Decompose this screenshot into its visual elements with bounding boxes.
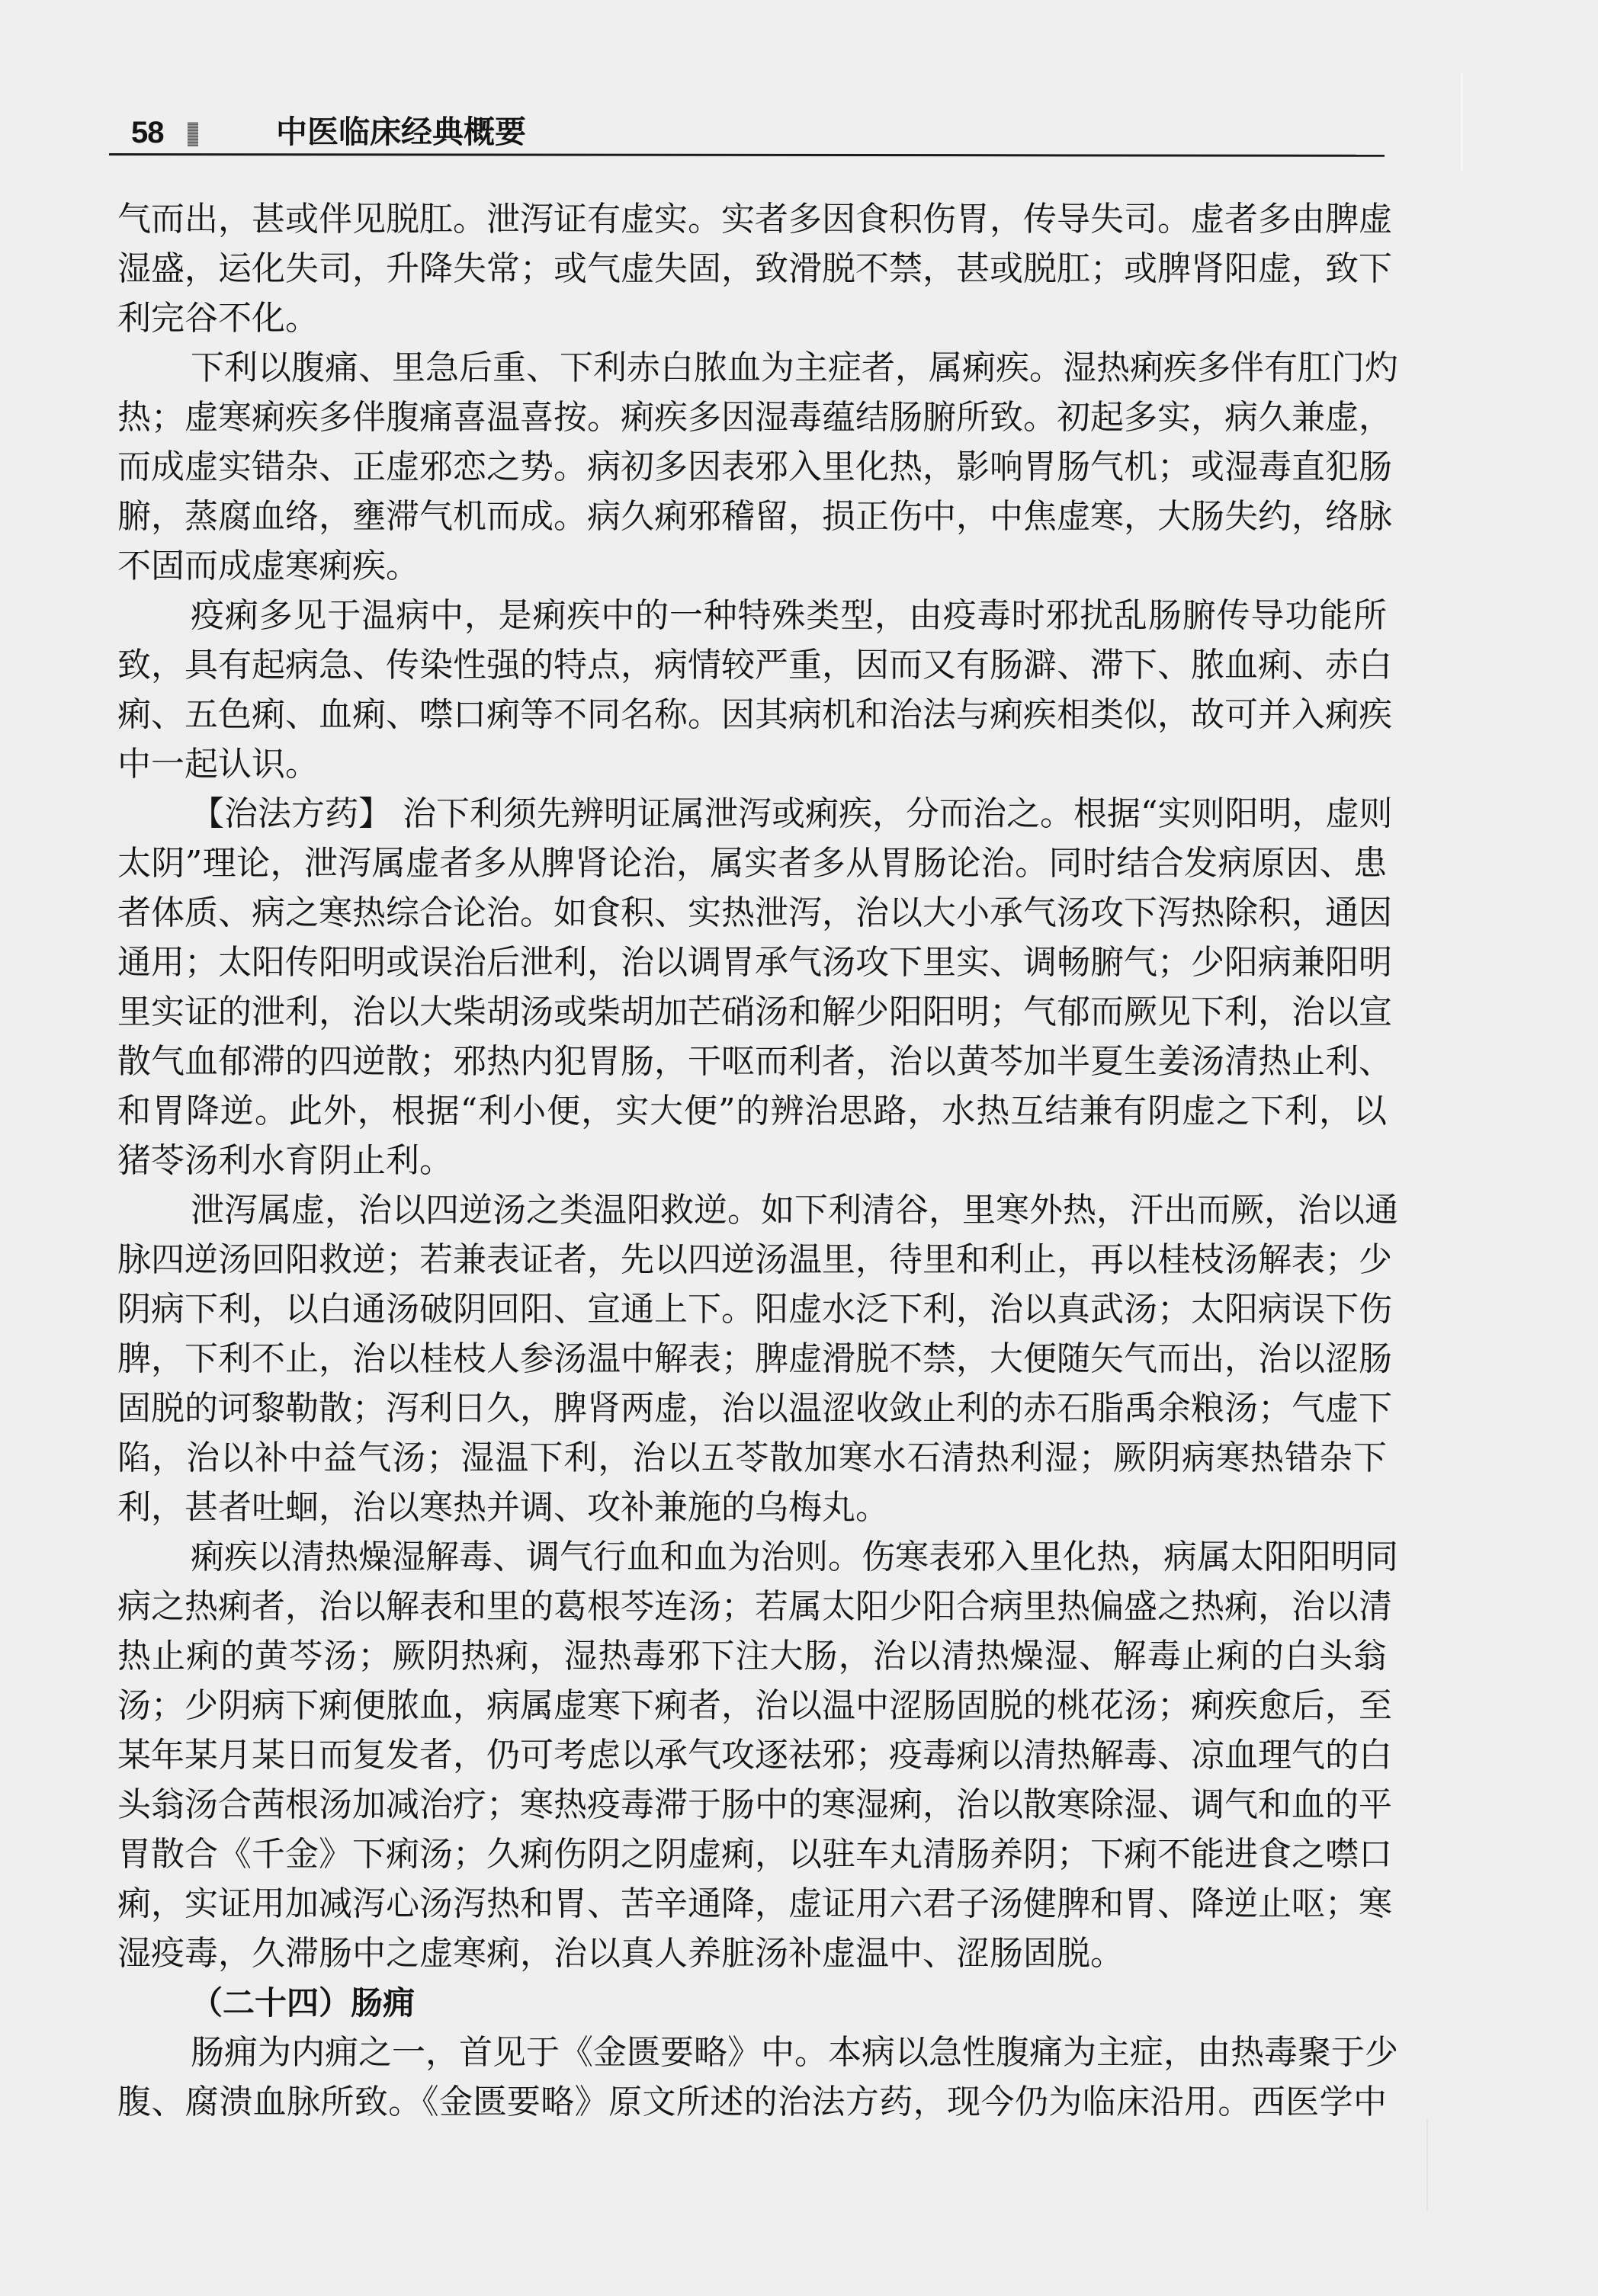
text-line: 利，甚者吐蛔，治以寒热并调、攻补兼施的乌梅丸。 [117, 1483, 1387, 1532]
text-line: 和胃降逆。此外，根据“利小便，实大便”的辨治思路，水热互结兼有阴虚之下利，以 [117, 1086, 1387, 1136]
text-line: 胃散合《千金》下痢汤；久痢伤阴之阴虚痢，以驻车丸清肠养阴；下痢不能进食之噤口 [117, 1829, 1387, 1879]
paragraph: 下利以腹痛、里急后重、下利赤白脓血为主症者，属痢疾。湿热痢疾多伴有肛门灼 热；虚… [117, 343, 1387, 591]
text-line: 【治法方药】 治下利须先辨明证属泄泻或痢疾，分而治之。根据“实则阳明，虚则 [117, 789, 1387, 839]
text-line: 致，具有起病急、传染性强的特点，病情较严重，因而又有肠澼、滞下、脓血痢、赤白 [117, 640, 1387, 690]
text-line: 者体质、病之寒热综合论治。如食积、实热泄泻，治以大小承气汤攻下泻热除积，通因 [117, 888, 1387, 938]
paragraph: 痢疾以清热燥湿解毒、调气行血和血为治则。伤寒表邪入里化热，病属太阳阳明同 病之热… [117, 1532, 1387, 1978]
text-line: 猪苓汤利水育阴止利。 [117, 1136, 1387, 1185]
text-line: 湿盛，运化失司，升降失常；或气虚失固，致滑脱不禁，甚或脱肛；或脾肾阳虚，致下 [117, 244, 1387, 293]
text-line: 痢疾以清热燥湿解毒、调气行血和血为治则。伤寒表邪入里化热，病属太阳阳明同 [117, 1532, 1387, 1582]
text-line: 疫痢多见于温病中，是痢疾中的一种特殊类型，由疫毒时邪扰乱肠腑传导功能所 [117, 591, 1387, 640]
text-line: 气而出，甚或伴见脱肛。泄泻证有虚实。实者多因食积伤胃，传导失司。虚者多由脾虚 [117, 194, 1387, 244]
text-line: 利完谷不化。 [117, 293, 1387, 343]
text-line: 太阴”理论，泄泻属虚者多从脾肾论治，属实者多从胃肠论治。同时结合发病原因、患 [117, 839, 1387, 888]
scan-edge-mark [1461, 73, 1463, 171]
text-line: 中一起认识。 [117, 739, 1387, 789]
text-line: 病之热痢者，治以解表和里的葛根芩连汤；若属太阳少阳合病里热偏盛之热痢，治以清 [117, 1582, 1387, 1631]
header-rule [109, 153, 1385, 157]
text-line: 而成虚实错杂、正虚邪恋之势。病初多因表邪入里化热，影响胃肠气机；或湿毒直犯肠 [117, 442, 1387, 492]
page-header: 58 中医临床经典概要 [113, 111, 1386, 156]
text-line: 固脱的诃黎勒散；泻利日久，脾肾两虚，治以温涩收敛止利的赤石脂禹余粮汤；气虚下 [117, 1384, 1387, 1433]
scan-edge-mark-bottom [1426, 2119, 1428, 2211]
text-line: 某年某月某日而复发者，仍可考虑以承气攻逐祛邪；疫毒痢以清热解毒、凉血理气的白 [117, 1730, 1387, 1780]
text-line: 肠痈为内痈之一，首见于《金匮要略》中。本病以急性腹痛为主症，由热毒聚于少 [117, 2028, 1387, 2077]
text-line: 汤；少阴病下痢便脓血，病属虚寒下痢者，治以温中涩肠固脱的桃花汤；痢疾愈后，至 [117, 1681, 1387, 1730]
paragraph: 肠痈为内痈之一，首见于《金匮要略》中。本病以急性腹痛为主症，由热毒聚于少 腹、腐… [117, 2028, 1387, 2127]
text-line: 痢，实证用加减泻心汤泻热和胃、苦辛通降，虚证用六君子汤健脾和胃、降逆止呕；寒 [117, 1879, 1387, 1929]
paragraph-treatment: 【治法方药】 治下利须先辨明证属泄泻或痢疾，分而治之。根据“实则阳明，虚则 太阴… [117, 789, 1387, 1185]
text-line: 湿疫毒，久滞肠中之虚寒痢，治以真人养脏汤补虚温中、涩肠固脱。 [117, 1929, 1387, 1978]
text-line: 泄泻属虚，治以四逆汤之类温阳救逆。如下利清谷，里寒外热，汗出而厥，治以通 [117, 1185, 1387, 1235]
text-line: 脉四逆汤回阳救逆；若兼表证者，先以四逆汤温里，待里和利止，再以桂枝汤解表；少 [117, 1235, 1387, 1284]
text-line: 腑，蒸腐血络，壅滞气机而成。病久痢邪稽留，损正伤中，中焦虚寒，大肠失约，络脉 [117, 492, 1387, 541]
text-line: 阴病下利，以白通汤破阴回阳、宣通上下。阳虚水泛下利，治以真武汤；太阳病误下伤 [117, 1284, 1387, 1334]
text-line: 不固而成虚寒痢疾。 [117, 541, 1387, 591]
text-line: 热止痢的黄芩汤；厥阴热痢，湿热毒邪下注大肠，治以清热燥湿、解毒止痢的白头翁 [117, 1631, 1387, 1681]
text-line: 通用；太阳传阳明或误治后泄利，治以调胃承气汤攻下里实、调畅腑气；少阳病兼阳明 [117, 938, 1387, 987]
text-line: 里实证的泄利，治以大柴胡汤或柴胡加芒硝汤和解少阳阳明；气郁而厥见下利，治以宣 [117, 987, 1387, 1037]
text-line: 痢、五色痢、血痢、噤口痢等不同名称。因其病机和治法与痢疾相类似，故可并入痢疾 [117, 690, 1387, 739]
section-heading: （二十四）肠痈 [117, 1978, 1387, 2028]
paragraph: 疫痢多见于温病中，是痢疾中的一种特殊类型，由疫毒时邪扰乱肠腑传导功能所 致，具有… [117, 591, 1387, 789]
paragraph: 气而出，甚或伴见脱肛。泄泻证有虚实。实者多因食积伤胃，传导失司。虚者多由脾虚 湿… [117, 194, 1387, 343]
paragraph: 泄泻属虚，治以四逆汤之类温阳救逆。如下利清谷，里寒外热，汗出而厥，治以通 脉四逆… [117, 1185, 1387, 1532]
text-line: 脾，下利不止，治以桂枝人参汤温中解表；脾虚滑脱不禁，大便随矢气而出，治以涩肠 [117, 1334, 1387, 1384]
page-number: 58 [131, 114, 164, 151]
text-line: 陷，治以补中益气汤；湿温下利，治以五苓散加寒水石清热利湿；厥阴病寒热错杂下 [117, 1433, 1387, 1483]
text-line: 腹、腐溃血脉所致。《金匮要略》原文所述的治法方药，现今仍为临床沿用。西医学中 [117, 2077, 1387, 2127]
text-line: 下利以腹痛、里急后重、下利赤白脓血为主症者，属痢疾。湿热痢疾多伴有肛门灼 [117, 343, 1387, 393]
page-marker-block [188, 122, 198, 146]
running-head-title: 中医临床经典概要 [276, 113, 526, 151]
text-line: 热；虚寒痢疾多伴腹痛喜温喜按。痢疾多因湿毒蕴结肠腑所致。初起多实，病久兼虚， [117, 393, 1387, 442]
body-text: 气而出，甚或伴见脱肛。泄泻证有虚实。实者多因食积伤胃，传导失司。虚者多由脾虚 湿… [117, 194, 1387, 2127]
text-line: 散气血郁滞的四逆散；邪热内犯胃肠，干呕而利者，治以黄芩加半夏生姜汤清热止利、 [117, 1037, 1387, 1086]
text-line: 头翁汤合茜根汤加减治疗；寒热疫毒滞于肠中的寒湿痢，治以散寒除湿、调气和血的平 [117, 1780, 1387, 1829]
